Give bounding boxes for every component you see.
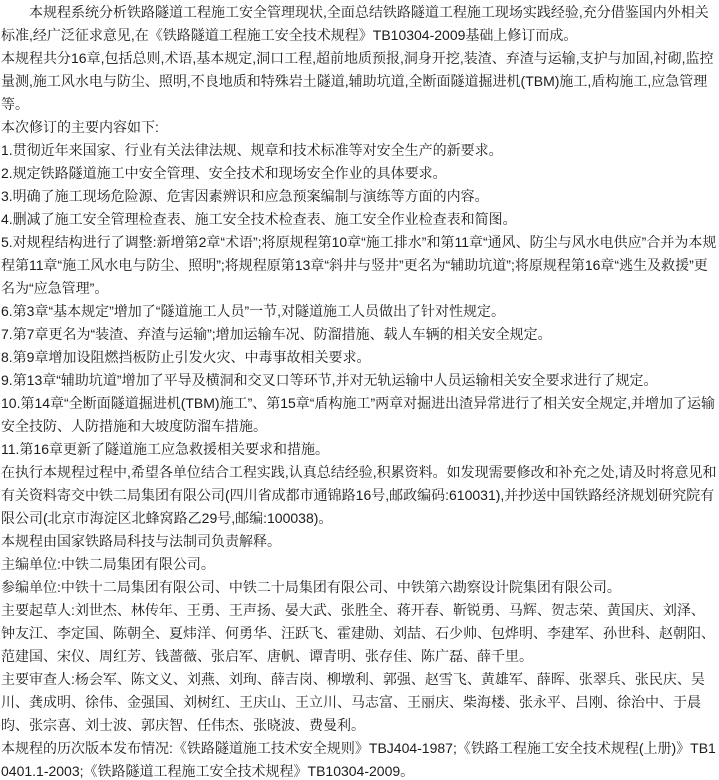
revision-item-1: 1.贯彻近年来国家、行业有关法律法规、规章和技术标准等对安全生产的新要求。 — [1, 139, 718, 162]
paragraph-interpretation: 本规程由国家铁路局科技与法制司负责解释。 — [1, 530, 718, 553]
revision-item-6: 6.第3章“基本规定”增加了“隧道施工人员”一节,对隧道施工人员做出了针对性规定… — [1, 300, 718, 323]
paragraph-intro: 本规程系统分析铁路隧道工程施工安全管理现状,全面总结铁路隧道工程施工现场实践经验… — [1, 1, 718, 47]
paragraph-revision-heading: 本次修订的主要内容如下: — [1, 116, 718, 139]
revision-item-10: 10.第14章“全断面隧道掘进机(TBM)施工”、第15章“盾构施工”两章对掘进… — [1, 392, 718, 438]
paragraph-main-drafters: 主要起草人:刘世杰、林传年、王勇、王声扬、晏大武、张胜全、蒋开春、靳锐勇、马辉、… — [1, 599, 718, 668]
revision-item-5: 5.对规程结构进行了调整:新增第2章“术语”;将原规程第10章“施工排水”和第1… — [1, 231, 718, 300]
revision-item-2: 2.规定铁路隧道施工中安全管理、安全技术和现场安全作业的具体要求。 — [1, 162, 718, 185]
revision-item-8: 8.第9章增加设阻燃挡板防止引发火灾、中毒事故相关要求。 — [1, 346, 718, 369]
paragraph-chief-editing-unit: 主编单位:中铁二局集团有限公司。 — [1, 553, 718, 576]
paragraph-scope: 本规程共分16章,包括总则,术语,基本规定,洞口工程,超前地质预报,洞身开挖,装… — [1, 47, 718, 116]
revision-item-3: 3.明确了施工现场危险源、危害因素辨识和应急预案编制与演练等方面的内容。 — [1, 185, 718, 208]
paragraph-main-reviewers: 主要审查人:杨会军、陈文义、刘燕、刘珣、薛吉岗、柳墩利、郭强、赵雪飞、黄雄军、薛… — [1, 668, 718, 737]
revision-item-4: 4.删减了施工安全管理检查表、施工安全技术检查表、施工安全作业检查表和简图。 — [1, 208, 718, 231]
paragraph-feedback-address: 在执行本规程过程中,希望各单位结合工程实践,认真总结经验,积累资料。如发现需要修… — [1, 461, 718, 530]
document-text: 本规程系统分析铁路隧道工程施工安全管理现状,全面总结铁路隧道工程施工现场实践经验… — [0, 0, 719, 780]
revision-item-11: 11.第16章更新了隧道施工应急救援相关要求和措施。 — [1, 438, 718, 461]
revision-item-9: 9.第13章“辅助坑道”增加了平导及横洞和交叉口等环节,并对无轨运输中人员运输相… — [1, 369, 718, 392]
paragraph-participating-units: 参编单位:中铁十二局集团有限公司、中铁二十局集团有限公司、中铁第六勘察设计院集团… — [1, 576, 718, 599]
paragraph-version-history: 本规程的历次版本发布情况:《铁路隧道施工技术安全规则》TBJ404-1987;《… — [1, 737, 718, 780]
revision-item-7: 7.第7章更名为“装渣、弃渣与运输”;增加运输车况、防溜措施、载人车辆的相关安全… — [1, 323, 718, 346]
